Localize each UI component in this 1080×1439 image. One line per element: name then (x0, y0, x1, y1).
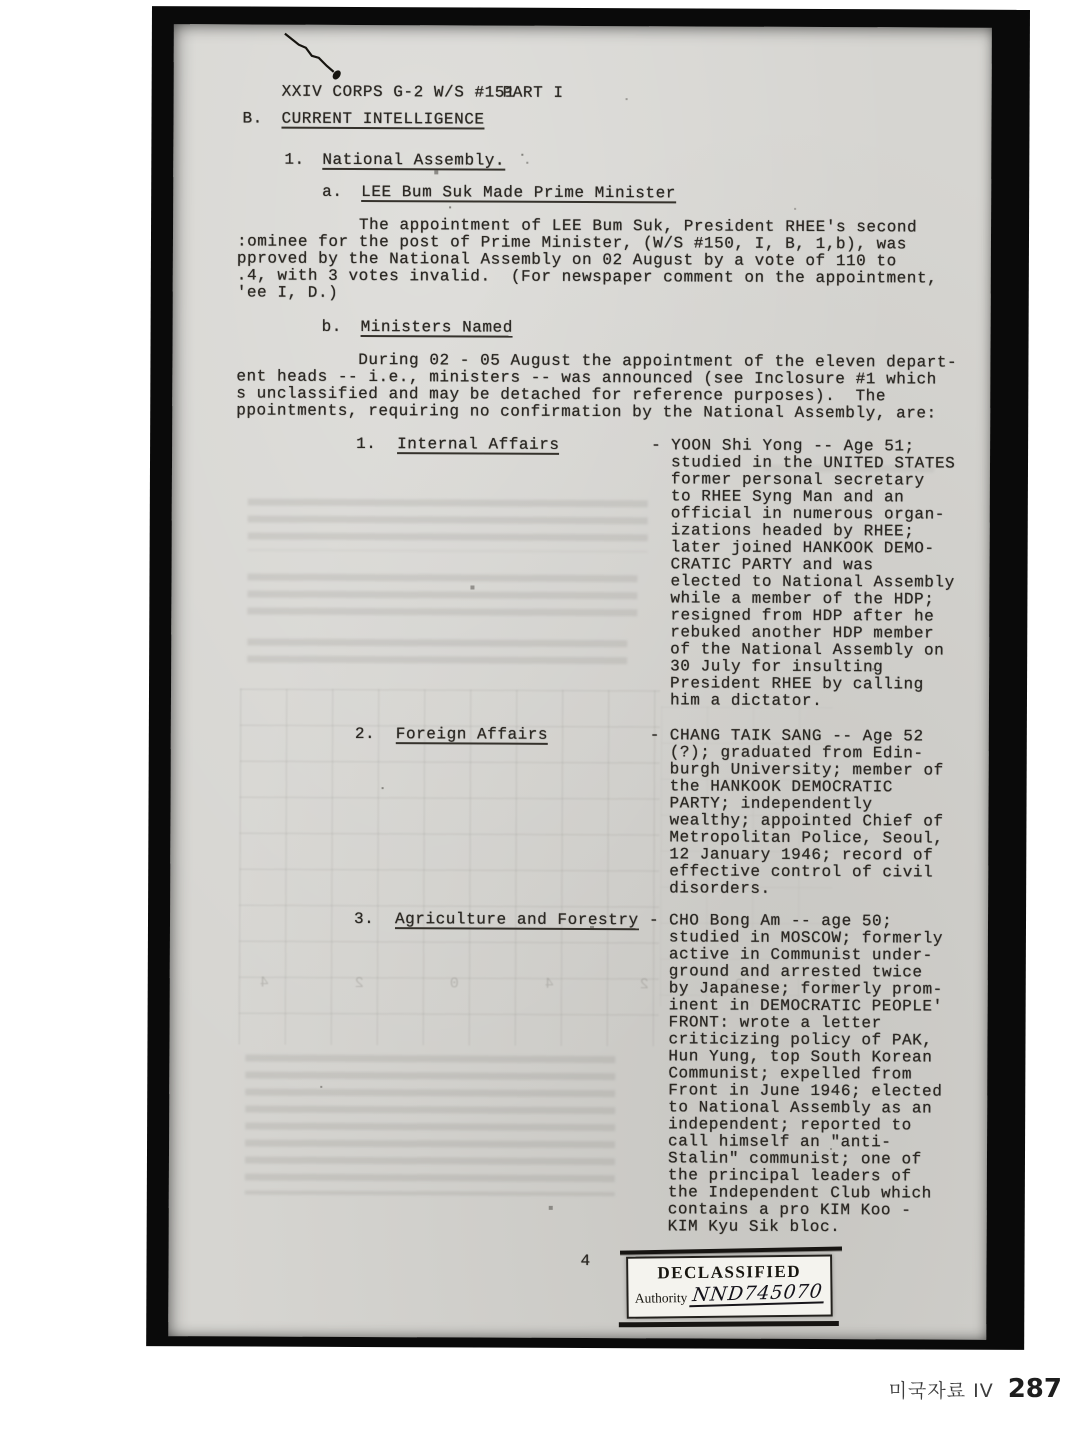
minister-description: YOON Shi Yong -- Age 51;studied in the U… (670, 437, 955, 710)
page-number: 4 (580, 1253, 590, 1270)
scan-speckles (174, 24, 176, 26)
dash-separator: - (651, 437, 661, 454)
stamp-border-bar (619, 1321, 839, 1327)
photocopy-black-frame: 4 0 2 4 0 2 4 XXIV CORPS G-2 W/S #151 PA… (146, 6, 1030, 1350)
minister-description: CHANG TAIK SANG -- Age 52(?); graduated … (669, 727, 944, 898)
document-header: XXIV CORPS G-2 W/S #151 (282, 84, 516, 102)
bleed-through-text-artifact (248, 499, 648, 553)
footer-page-number: 287 (1008, 1374, 1062, 1404)
stamp-authority-label: Authority (635, 1290, 688, 1307)
minister-entry-agriculture-forestry: 3. Agriculture and Forestry - CHO Bong A… (174, 24, 992, 28)
paragraph-b: During 02 - 05 August the appointment of… (236, 351, 957, 422)
minister-entry-foreign-affairs: 2. Foreign Affairs - CHANG TAIK SANG -- … (174, 24, 992, 28)
subitem-a-title: LEE Bum Suk Made Prime Minister (361, 184, 676, 203)
declassified-stamp: DECLASSIFIED Authority NND745070 (626, 1254, 833, 1318)
paragraph-a: The appointment of LEE Bum Suk, Presiden… (237, 216, 938, 304)
footer-series-title: 미국자료 IV (889, 1376, 994, 1403)
book-footer: 미국자료 IV 287 (889, 1374, 1062, 1404)
minister-number: 3. (354, 911, 374, 928)
subitem-b-title: Ministers Named (361, 319, 513, 338)
typewritten-page: 4 0 2 4 0 2 4 XXIV CORPS G-2 W/S #151 PA… (168, 24, 992, 1340)
section-title: CURRENT INTELLIGENCE (281, 111, 484, 130)
minister-entry-internal-affairs: 1. Internal Affairs - YOON Shi Yong -- A… (174, 24, 992, 28)
minister-title: Foreign Affairs (396, 726, 548, 745)
pen-scratch-mark (279, 30, 359, 85)
bleed-through-text-artifact (247, 574, 637, 624)
minister-title: Agriculture and Forestry (395, 911, 639, 930)
minister-number: 1. (356, 436, 376, 453)
dash-separator: - (649, 912, 659, 929)
bleed-through-text-artifact (245, 1055, 616, 1197)
dash-separator: - (650, 727, 660, 744)
document-header-part: PART I (503, 85, 564, 102)
stamp-border-bar (620, 1247, 842, 1255)
subitem-b-letter: b. (322, 319, 342, 336)
section-letter: B. (242, 110, 262, 127)
bleed-through-text-artifact (247, 639, 627, 667)
minister-number: 2. (355, 726, 375, 743)
item-number: 1. (284, 152, 304, 169)
stamp-box: DECLASSIFIED Authority NND745070 (626, 1254, 833, 1318)
minister-title: Internal Affairs (397, 436, 560, 455)
subitem-a-letter: a. (322, 184, 342, 201)
minister-description: CHO Bong Am -- age 50;studied in MOSCOW;… (668, 912, 944, 1236)
scanned-document-page: 4 0 2 4 0 2 4 XXIV CORPS G-2 W/S #151 PA… (0, 0, 1080, 1439)
stamp-authority-number: NND745070 (689, 1282, 826, 1307)
item-title: National Assembly. (322, 152, 505, 171)
